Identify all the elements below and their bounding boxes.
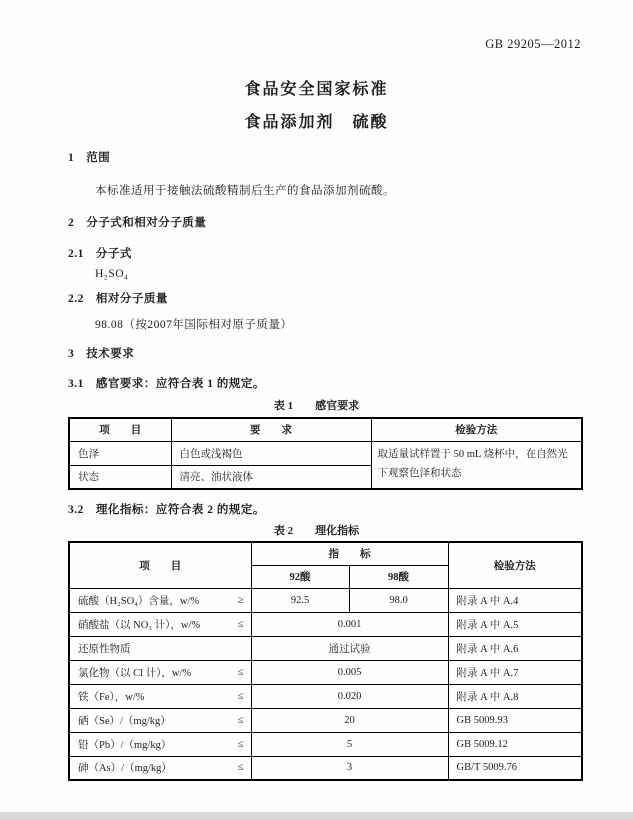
table-row: 砷（As）/（mg/kg） ≤ 3 GB/T 5009.76	[69, 756, 582, 780]
table-1-caption: 表 1 感官要求	[0, 397, 633, 413]
table-1-header-item: 项 目	[69, 418, 171, 441]
standard-number: GB 29205—2012	[485, 37, 581, 52]
table-2-header-row-1: 项 目 指 标 检验方法	[69, 542, 582, 565]
table-row: 硝酸盐（以 NO₃ 计），w/% ≤ 0.001 附录 A 中 A.5	[69, 612, 582, 636]
table-1-header-row: 项 目 要 求 检验方法	[69, 418, 582, 441]
table-2-op-0: ≥	[238, 595, 244, 606]
table-1-header-method: 检验方法	[371, 418, 582, 441]
table-row: 硒（Se）/（mg/kg） ≤ 20 GB 5009.93	[69, 708, 582, 732]
table-row: 铁（Fe），w/% ≤ 0.020 附录 A 中 A.8	[69, 684, 582, 708]
table-2-method-1: 附录 A 中 A.5	[448, 612, 582, 636]
standard-title: 食品安全国家标准	[0, 76, 633, 99]
table-2-header-item: 项 目	[69, 542, 251, 588]
table-2-header-method: 检验方法	[448, 542, 582, 588]
table-2-item-6: 铅（Pb）/（mg/kg）	[78, 737, 171, 752]
table-2-value-98-0: 98.0	[349, 588, 448, 612]
section-2-heading: 2 分子式和相对分子质量	[68, 214, 206, 230]
section-1-body: 本标准适用于接触法硫酸精制后生产的食品添加剂硫酸。	[95, 182, 395, 198]
molecular-formula: H₂SO₄	[95, 268, 129, 280]
table-2-op-3: ≤	[238, 667, 244, 678]
section-2-1-heading: 2.1 分子式	[68, 245, 132, 261]
table-1-header-requirement: 要 求	[171, 418, 371, 441]
table-2-value-92-0: 92.5	[251, 588, 349, 612]
table-1-item-color: 色泽	[69, 441, 171, 465]
table-2-method-4: 附录 A 中 A.8	[448, 684, 582, 708]
table-row: 色泽 白色或浅褐色 取适量试样置于 50 mL 烧杯中，在自然光下观察色泽和状态	[69, 441, 582, 465]
table-1-req-color: 白色或浅褐色	[171, 441, 371, 465]
section-3-1-heading: 3.1 感官要求：应符合表 1 的规定。	[68, 375, 265, 391]
table-2-method-2: 附录 A 中 A.6	[448, 636, 582, 660]
table-2-header-index-group: 指 标	[251, 542, 448, 565]
table-row: 硫酸（H₂SO₄）含量，w/% ≥ 92.5 98.0 附录 A 中 A.4	[69, 588, 582, 612]
table-2-item-7: 砷（As）/（mg/kg）	[78, 760, 172, 775]
table-2-value-merged-1: 0.001	[251, 612, 448, 636]
table-2-header-92-acid: 92酸	[251, 565, 349, 588]
table-2-caption: 表 2 理化指标	[0, 522, 633, 538]
document-subtitle: 食品添加剂 硫酸	[0, 109, 633, 132]
table-row: 铅（Pb）/（mg/kg） ≤ 5 GB 5009.12	[69, 732, 582, 756]
table-2-value-merged-5: 20	[251, 708, 448, 732]
molecular-weight: 98.08（按2007年国际相对原子质量）	[95, 316, 292, 332]
document-page: GB 29205—2012 食品安全国家标准 食品添加剂 硫酸 1 范围 本标准…	[0, 0, 633, 819]
table-2-item-3: 氯化物（以 Cl 计），w/%	[78, 665, 191, 680]
table-2-item-1: 硝酸盐（以 NO₃ 计），w/%	[78, 617, 200, 632]
table-2-physicochemical-indicators: 项 目 指 标 检验方法 92酸 98酸 硫酸（H₂SO₄）含量，w/% ≥ 9…	[68, 541, 583, 781]
table-2-item-2: 还原性物质	[78, 641, 131, 656]
table-2-item-0: 硫酸（H₂SO₄）含量，w/%	[78, 593, 199, 608]
section-1-heading: 1 范围	[68, 149, 110, 165]
table-2-op-7: ≤	[238, 762, 244, 773]
table-2-header-98-acid: 98酸	[349, 565, 448, 588]
table-2-op-4: ≤	[238, 691, 244, 702]
table-1-sensory-requirements: 项 目 要 求 检验方法 色泽 白色或浅褐色 取适量试样置于 50 mL 烧杯中…	[68, 417, 583, 490]
table-2-op-6: ≤	[238, 739, 244, 750]
table-2-method-6: GB 5009.12	[448, 732, 582, 756]
table-2-op-1: ≤	[238, 619, 244, 630]
section-3-heading: 3 技术要求	[68, 345, 134, 361]
table-2-method-0: 附录 A 中 A.4	[448, 588, 582, 612]
section-2-2-heading: 2.2 相对分子质量	[68, 290, 168, 306]
table-2-method-3: 附录 A 中 A.7	[448, 660, 582, 684]
table-1-method-merged: 取适量试样置于 50 mL 烧杯中，在自然光下观察色泽和状态	[371, 441, 582, 489]
table-1-item-state: 状态	[69, 465, 171, 489]
scan-edge-shadow	[0, 812, 633, 819]
table-row: 氯化物（以 Cl 计），w/% ≤ 0.005 附录 A 中 A.7	[69, 660, 582, 684]
table-1-wrapper: 项 目 要 求 检验方法 色泽 白色或浅褐色 取适量试样置于 50 mL 烧杯中…	[68, 417, 581, 490]
section-3-2-heading: 3.2 理化指标：应符合表 2 的规定。	[68, 501, 265, 517]
table-2-item-5: 硒（Se）/（mg/kg）	[78, 713, 171, 728]
table-2-op-5: ≤	[238, 715, 244, 726]
table-2-wrapper: 项 目 指 标 检验方法 92酸 98酸 硫酸（H₂SO₄）含量，w/% ≥ 9…	[68, 541, 581, 781]
table-2-value-merged-7: 3	[251, 756, 448, 780]
table-2-method-7: GB/T 5009.76	[448, 756, 582, 780]
table-2-value-merged-6: 5	[251, 732, 448, 756]
table-2-value-merged-3: 0.005	[251, 660, 448, 684]
table-2-value-merged-2: 通过试验	[251, 636, 448, 660]
table-2-item-4: 铁（Fe），w/%	[78, 689, 145, 704]
table-2-value-merged-4: 0.020	[251, 684, 448, 708]
table-row: 还原性物质 通过试验 附录 A 中 A.6	[69, 636, 582, 660]
table-2-method-5: GB 5009.93	[448, 708, 582, 732]
table-1-req-state: 清亮、油状液体	[171, 465, 371, 489]
